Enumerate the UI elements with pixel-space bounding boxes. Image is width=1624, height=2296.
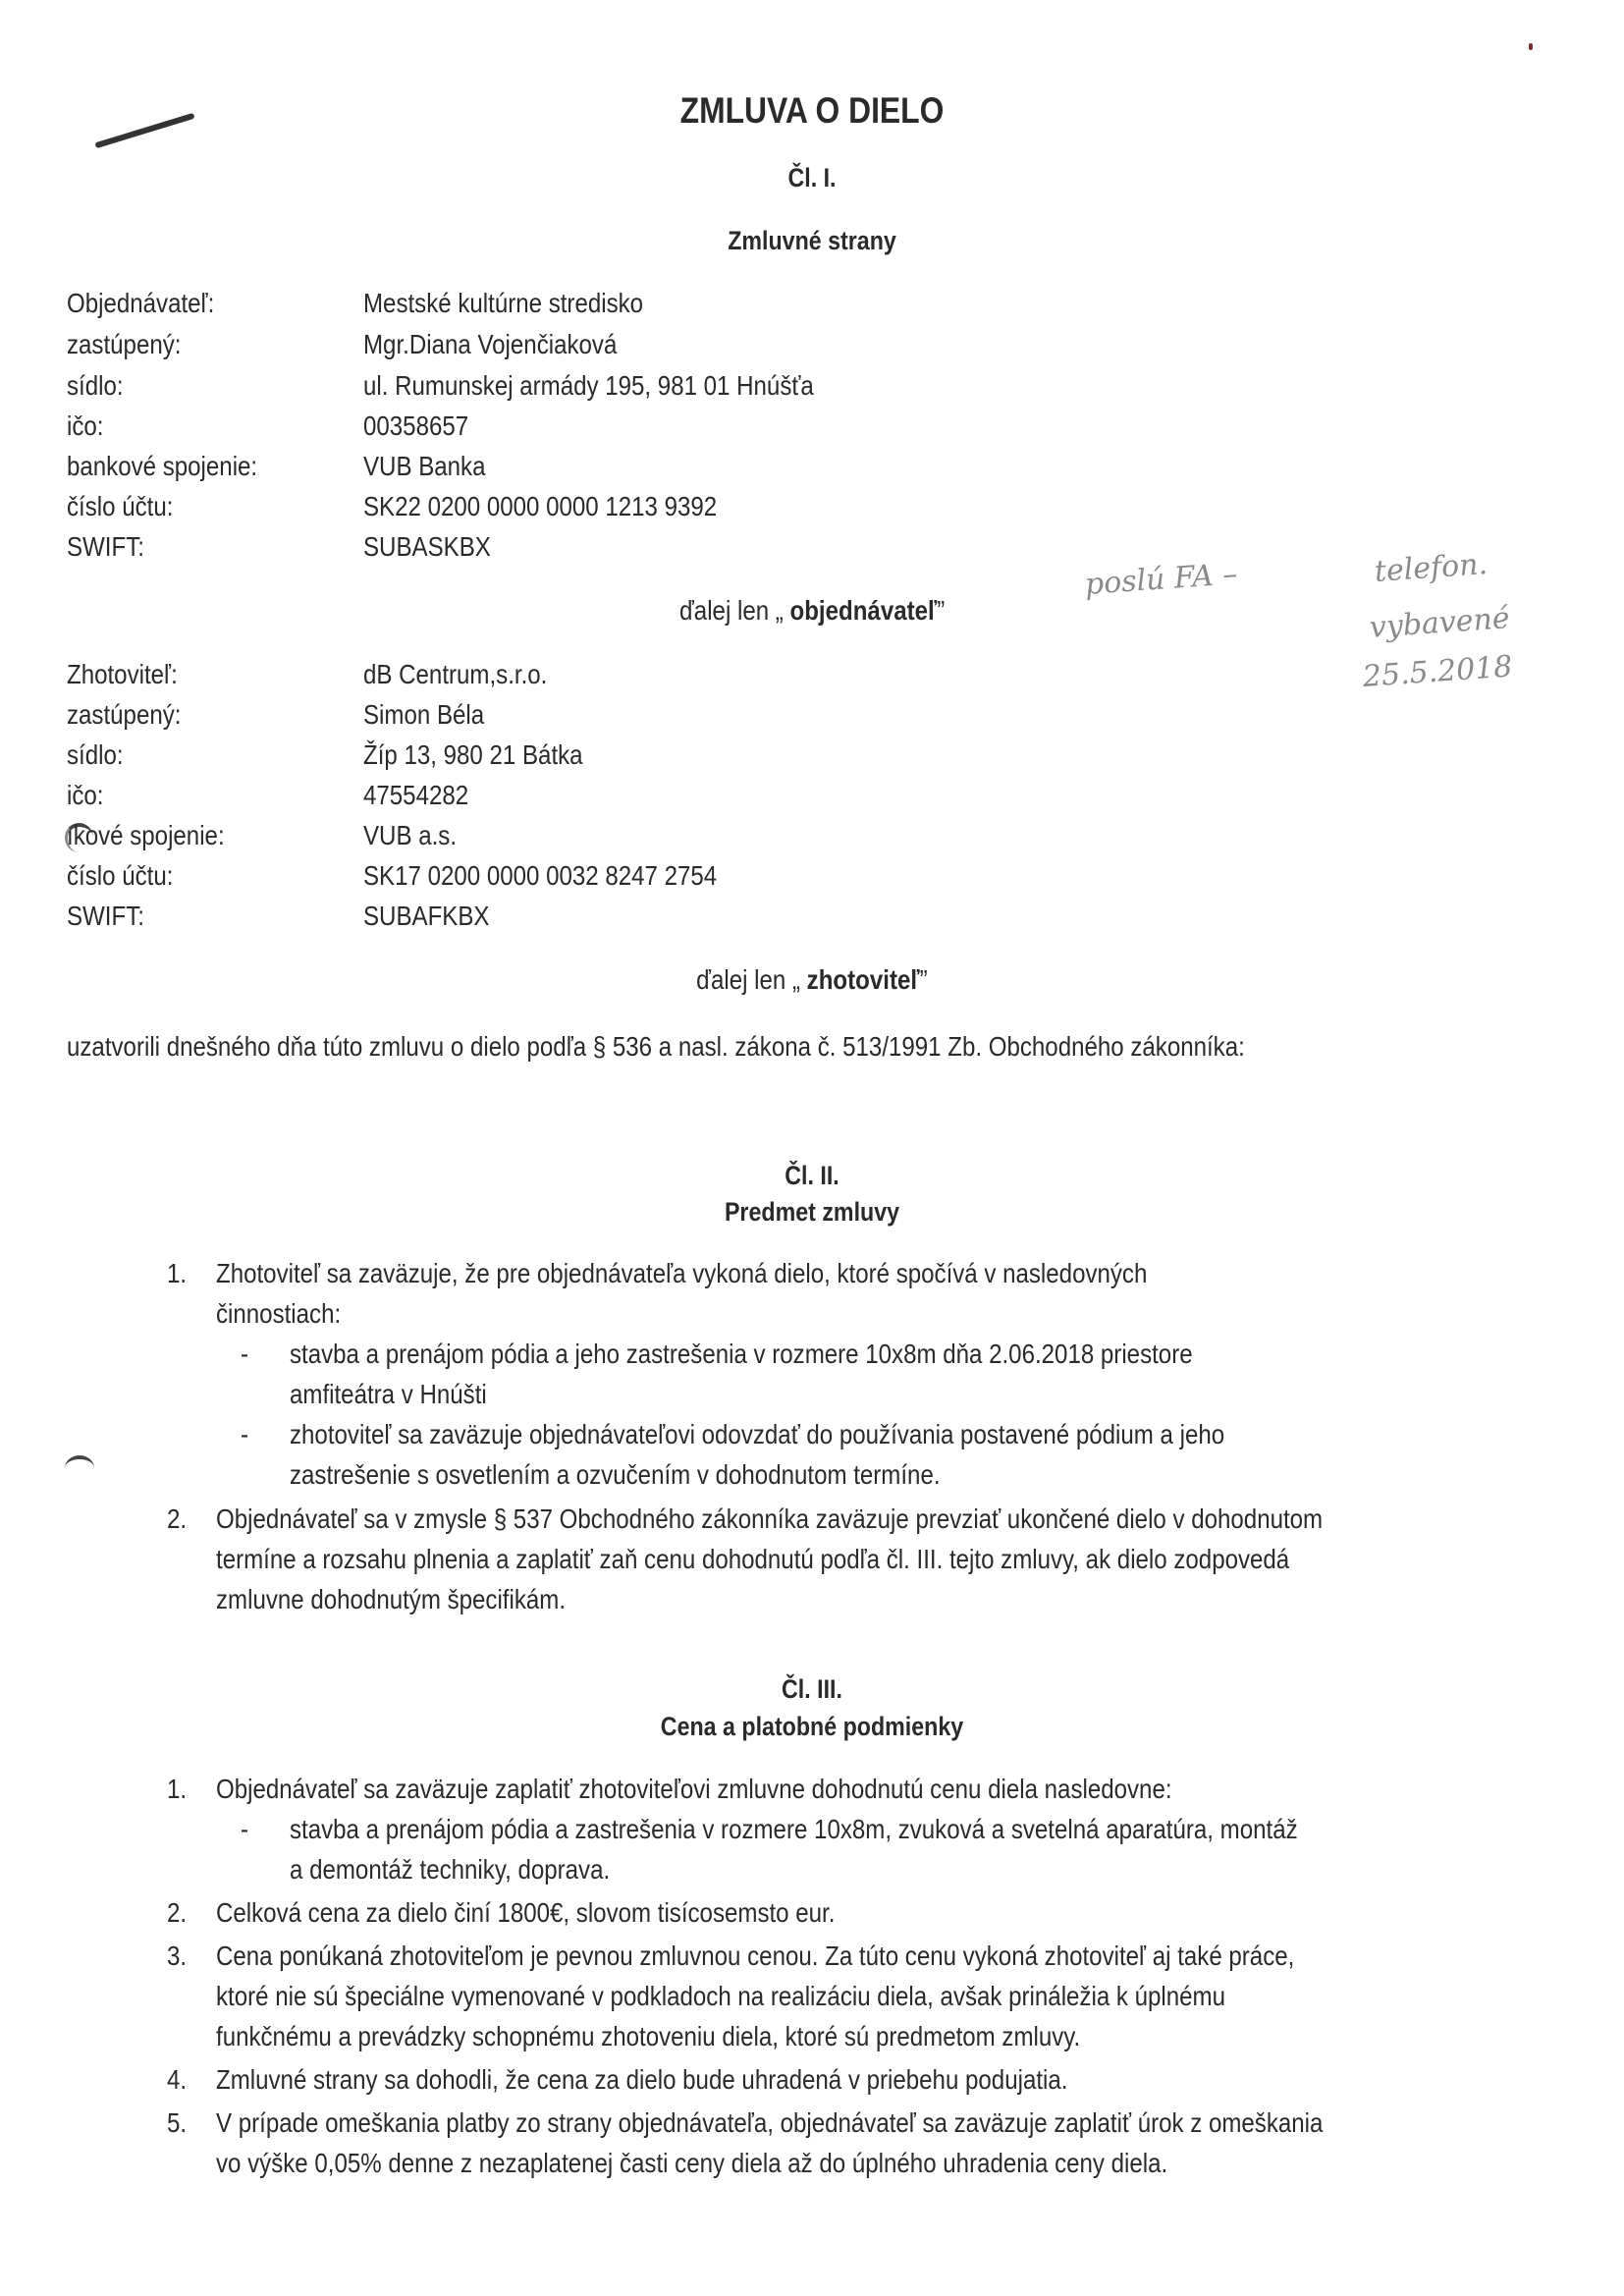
party-field-value: Žíp 13, 980 21 Bátka [363,739,583,771]
article-1-number-wrap: Čl. I. [0,163,1624,193]
clause-number: 1. [167,1774,187,1805]
party-field-label: zastúpený: [67,329,181,360]
clause-text-line: termíne a rozsahu plnenia a zaplatiť zaň… [216,1544,1289,1575]
article-3-heading: Cena a platobné podmienky [114,1712,1510,1742]
alias-prefix: ďalej len „ [696,964,807,995]
article-3-heading-wrap: Cena a platobné podmienky [0,1712,1624,1742]
bullet-dash: - [241,1339,248,1370]
bullet-text-line: a demontáž techniky, doprava. [290,1854,610,1886]
clause-text-line: Objednávateľ sa v zmysle § 537 Obchodnéh… [216,1503,1323,1535]
party-field-label: Objednávateľ: [67,288,214,319]
clause-text-line: Zmluvné strany sa dohodli, že cena za di… [216,2064,1067,2096]
clause-number: 3. [167,1941,187,1972]
bullet-dash: - [241,1814,248,1845]
party-field-label: číslo účtu: [67,860,173,892]
party-field-value: 00358657 [363,410,468,442]
bullet-text-line: zastrešenie s osvetlením a ozvučením v d… [290,1459,941,1491]
party-field-label: sídlo: [67,739,124,771]
alias-bold: zhotoviteľ [807,964,920,995]
clause-text-line: Objednávateľ sa zaväzuje zaplatiť zhotov… [216,1774,1172,1805]
clause-text-line: Cena ponúkaná zhotoviteľom je pevnou zml… [216,1941,1294,1972]
article-3-number: Čl. III. [114,1674,1510,1705]
article-2-heading: Predmet zmluvy [114,1197,1510,1228]
clause-number: 5. [167,2107,187,2139]
party-field-value: 47554282 [363,780,468,811]
article-2-heading-wrap: Predmet zmluvy [0,1197,1624,1228]
party-field-label: sídlo: [67,370,124,402]
article-2-number: Čl. II. [114,1161,1510,1191]
party-field-label: bankové spojenie: [67,451,257,482]
bullet-text-line: stavba a prenájom pódia a jeho zastrešen… [290,1339,1193,1370]
clause-number: 1. [167,1258,187,1289]
contractor-alias: ďalej len „ zhotoviteľ” [0,964,1624,996]
clause-text-line: V prípade omeškania platby zo strany obj… [216,2107,1323,2139]
clause-text-line: činnostiach: [216,1298,341,1330]
article-3-number-wrap: Čl. III. [0,1674,1624,1705]
party-field-label: Zhotoviteľ: [67,659,178,690]
party-field-label: SWIFT: [67,901,144,932]
clause-number: 2. [167,1503,187,1535]
bullet-text-line: zhotoviteľ sa zaväzuje objednávateľovi o… [290,1419,1224,1450]
party-field-value: dB Centrum,s.r.o. [363,659,547,690]
closing-statement: uzatvorili dnešného dňa túto zmluvu o di… [67,1031,1245,1063]
party-field-value: ul. Rumunskej armády 195, 981 01 Hnúšťa [363,370,814,402]
clause-text-line: funkčnému a prevádzky schopnému zhotoven… [216,2021,1080,2052]
party-field-value: Mgr.Diana Vojenčiaková [363,329,617,360]
party-field-value: VUB Banka [363,451,485,482]
clause-number: 4. [167,2064,187,2096]
punch-hole-mark [65,1455,94,1481]
article-1-heading: Zmluvné strany [114,226,1510,256]
article-1-heading-wrap: Zmluvné strany [0,226,1624,256]
clause-number: 2. [167,1897,187,1929]
party-field-label: ičo: [67,780,103,811]
document-title-wrap: ZMLUVA O DIELO [0,90,1624,132]
alias-suffix: ” [937,595,945,626]
scan-speck [1529,43,1533,50]
handwritten-note-date: 25.5.2018 [1362,649,1514,694]
clause-text-line: Celková cena za dielo činí 1800€, slovom… [216,1897,835,1929]
party-field-value: VUB a.s. [363,820,457,851]
party-field-value: SUBAFKBX [363,901,489,932]
party-field-value: SK17 0200 0000 0032 8247 2754 [363,860,717,892]
document-title: ZMLUVA O DIELO [114,90,1510,132]
party-field-label: číslo účtu: [67,491,173,522]
bullet-text-line: stavba a prenájom pódia a zastrešenia v … [290,1814,1298,1845]
party-field-label: ičo: [67,410,103,442]
alias-bold: objednávateľ [789,595,937,626]
bullet-text-line: amfiteátra v Hnúšti [290,1379,487,1410]
article-2-number-wrap: Čl. II. [0,1161,1624,1191]
bullet-dash: - [241,1419,248,1450]
alias-suffix: ” [920,964,928,995]
party-field-value: SK22 0200 0000 0000 1213 9392 [363,491,717,522]
clause-text-line: zmluvne dohodnutým špecifikám. [216,1584,566,1615]
clause-text-line: vo výške 0,05% denne z nezaplatenej čast… [216,2148,1167,2179]
party-field-value: Simon Béla [363,699,484,731]
clause-text-line: ktoré nie sú špeciálne vymenované v podk… [216,1981,1225,2012]
party-field-label: SWIFT: [67,531,144,563]
party-field-value: SUBASKBX [363,531,491,563]
alias-prefix: ďalej len „ [679,595,790,626]
party-field-label: ıkové spojenie: [67,820,225,851]
party-field-label: zastúpený: [67,699,181,731]
party-field-value: Mestské kultúrne stredisko [363,288,643,319]
handwritten-note-line1b: telefon. [1374,547,1489,589]
article-1-number: Čl. I. [114,163,1510,193]
clause-text-line: Zhotoviteľ sa zaväzuje, že pre objednáva… [216,1258,1147,1289]
